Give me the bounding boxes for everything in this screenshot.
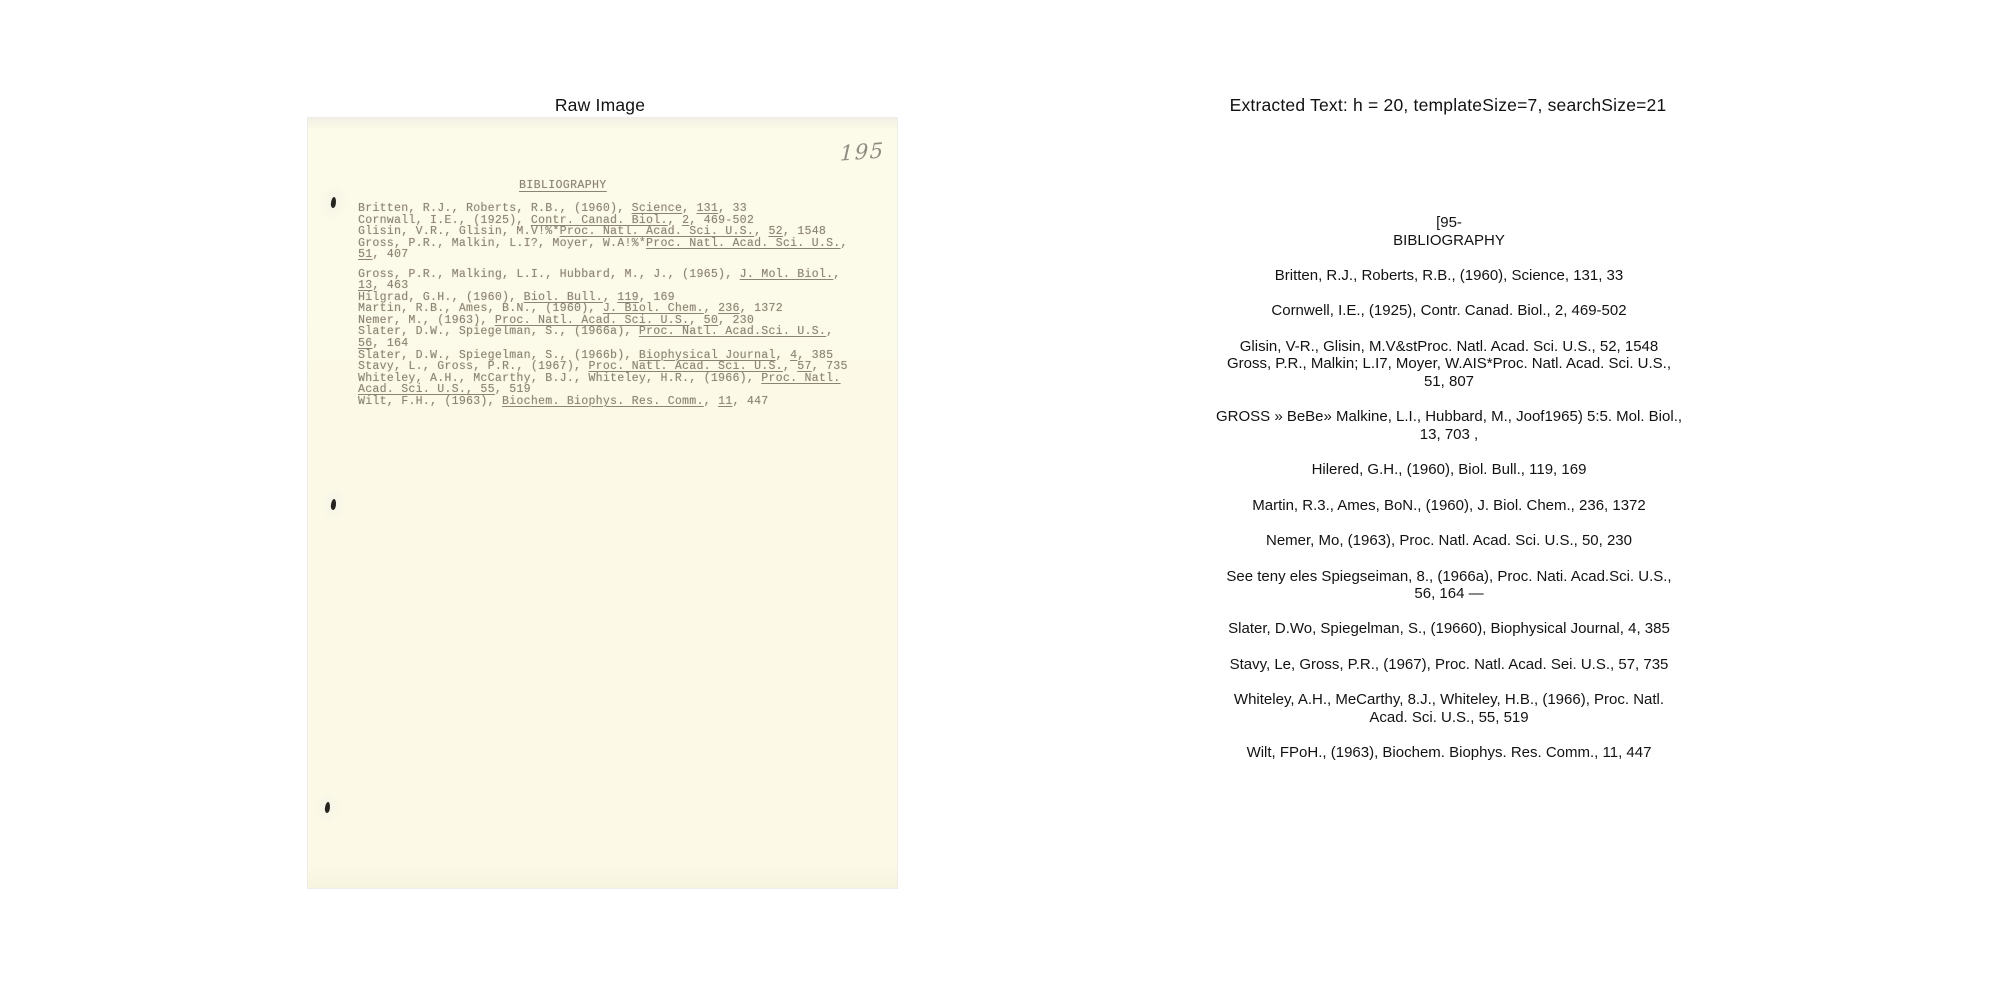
- extracted-paragraph: Wilt, FPoH., (1963), Biochem. Biophys. R…: [1098, 744, 1800, 762]
- extracted-line: Stavy, Le, Gross, P.R., (1967), Proc. Na…: [1098, 656, 1800, 674]
- extracted-paragraph: Slater, D.Wo, Spiegelman, S., (19660), B…: [1098, 620, 1800, 638]
- extracted-line: GROSS » BeBe» Malkine, L.I., Hubbard, M.…: [1098, 408, 1800, 426]
- extracted-line: See teny eles Spiegseiman, 8., (1966a), …: [1098, 568, 1800, 586]
- extracted-paragraph: Whiteley, A.H., MeCarthy, 8.J., Whiteley…: [1098, 691, 1800, 726]
- extracted-text-block: [95-BIBLIOGRAPHYBritten, R.J., Roberts, …: [1098, 214, 1800, 780]
- raw-document-image: 195 BIBLIOGRAPHY Britten, R.J., Roberts,…: [308, 118, 897, 888]
- extracted-line: Cornwell, I.E., (1925), Contr. Canad. Bi…: [1098, 302, 1800, 320]
- hole-punch-mark: [330, 197, 336, 209]
- bibliography-line: 51, 407: [358, 249, 883, 261]
- extracted-line: Glisin, V-R., Glisin, M.V&stProc. Natl. …: [1098, 338, 1800, 356]
- extracted-paragraph: Cornwell, I.E., (1925), Contr. Canad. Bi…: [1098, 302, 1800, 320]
- extracted-line: 13, 703 ,: [1098, 426, 1800, 444]
- extracted-line: Britten, R.J., Roberts, R.B., (1960), Sc…: [1098, 267, 1800, 285]
- extracted-line: 56, 164 —: [1098, 585, 1800, 603]
- hole-punch-mark: [324, 802, 330, 814]
- extracted-line: Whiteley, A.H., MeCarthy, 8.J., Whiteley…: [1098, 691, 1800, 709]
- extracted-line: Gross, P.R., Malkin; L.I7, Moyer, W.AIS*…: [1098, 355, 1800, 373]
- extracted-paragraph: Britten, R.J., Roberts, R.B., (1960), Sc…: [1098, 267, 1800, 285]
- extracted-paragraph: Nemer, Mo, (1963), Proc. Natl. Acad. Sci…: [1098, 532, 1800, 550]
- extracted-line: [95-: [1098, 214, 1800, 232]
- handwritten-page-number: 195: [840, 138, 885, 165]
- extracted-line: Slater, D.Wo, Spiegelman, S., (19660), B…: [1098, 620, 1800, 638]
- extracted-line: 51, 807: [1098, 373, 1800, 391]
- bibliography-line: Gross, P.R., Malking, L.I., Hubbard, M.,…: [358, 269, 883, 281]
- extracted-line: Wilt, FPoH., (1963), Biochem. Biophys. R…: [1098, 744, 1800, 762]
- bibliography-line: Wilt, F.H., (1963), Biochem. Biophys. Re…: [358, 396, 883, 408]
- extracted-line: Martin, R.3., Ames, BoN., (1960), J. Bio…: [1098, 497, 1800, 515]
- left-panel-title: Raw Image: [555, 95, 645, 116]
- extracted-paragraph: Hilered, G.H., (1960), Biol. Bull., 119,…: [1098, 461, 1800, 479]
- right-panel-title: Extracted Text: h = 20, templateSize=7, …: [1230, 95, 1667, 116]
- bibliography-line: Slater, D.W., Spiegelman, S., (1966a), P…: [358, 326, 883, 338]
- hole-punch-mark: [330, 499, 336, 511]
- extracted-paragraph: See teny eles Spiegseiman, 8., (1966a), …: [1098, 568, 1800, 603]
- bibliography-heading: BIBLIOGRAPHY: [519, 179, 607, 192]
- extracted-paragraph: GROSS » BeBe» Malkine, L.I., Hubbard, M.…: [1098, 408, 1800, 443]
- extracted-line: Hilered, G.H., (1960), Biol. Bull., 119,…: [1098, 461, 1800, 479]
- extracted-paragraph: Martin, R.3., Ames, BoN., (1960), J. Bio…: [1098, 497, 1800, 515]
- extracted-paragraph: Glisin, V-R., Glisin, M.V&stProc. Natl. …: [1098, 338, 1800, 391]
- extracted-paragraph: Stavy, Le, Gross, P.R., (1967), Proc. Na…: [1098, 656, 1800, 674]
- extracted-line: Acad. Sci. U.S., 55, 519: [1098, 709, 1800, 727]
- extracted-line: Nemer, Mo, (1963), Proc. Natl. Acad. Sci…: [1098, 532, 1800, 550]
- bibliography-line: Gross, P.R., Malkin, L.I?, Moyer, W.A!%*…: [358, 238, 883, 250]
- figure-canvas: Raw Image Extracted Text: h = 20, templa…: [0, 0, 2000, 1000]
- extracted-paragraph: [95-BIBLIOGRAPHY: [1098, 214, 1800, 249]
- extracted-line: BIBLIOGRAPHY: [1098, 232, 1800, 250]
- bibliography-text-block: Britten, R.J., Roberts, R.B., (1960), Sc…: [358, 203, 883, 407]
